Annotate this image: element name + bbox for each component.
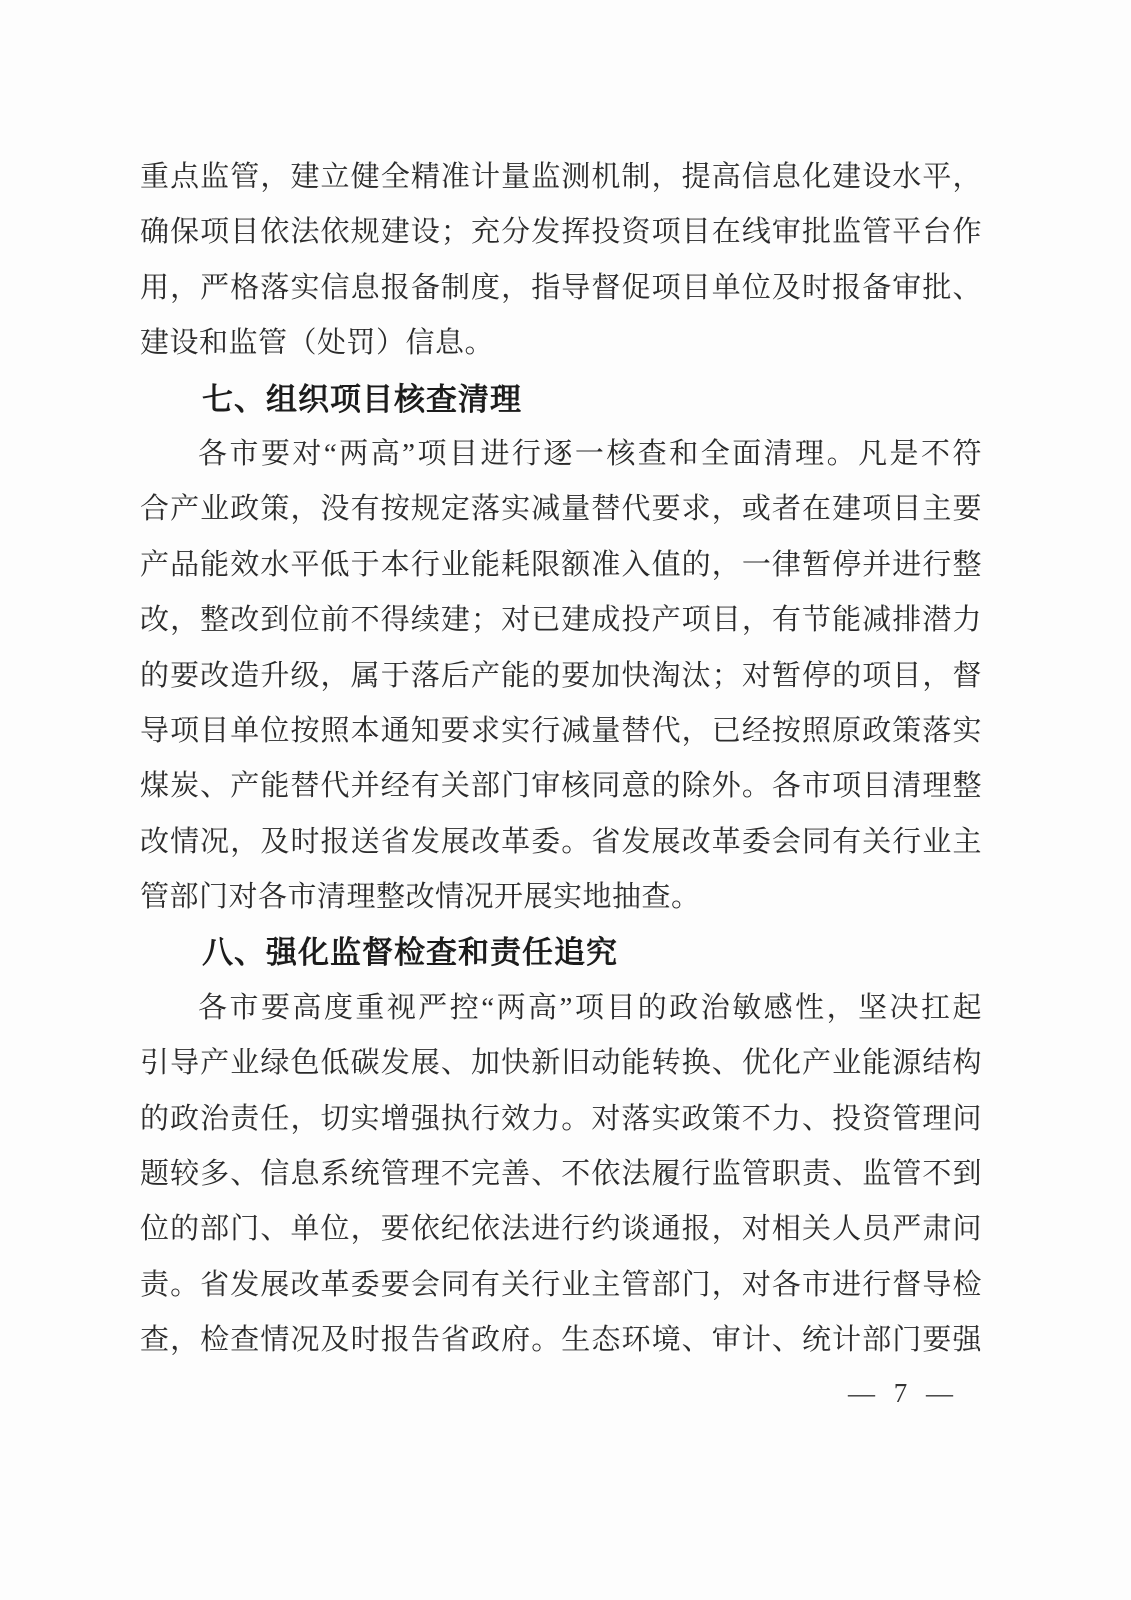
paragraph-line: 责。省发展改革委要会同有关行业主管部门，对各市进行督导检 — [140, 1258, 982, 1313]
paragraph-line: 产品能效水平低于本行业能耗限额准入值的，一律暂停并进行整 — [140, 538, 982, 593]
section-heading-7: 七、组织项目核查清理 — [140, 372, 982, 427]
paragraph-line: 的要改造升级，属于落后产能的要加快淘汰；对暂停的项目，督 — [140, 649, 982, 704]
paragraph-line: 导项目单位按照本通知要求实行减量替代，已经按照原政策落实 — [140, 704, 982, 759]
paragraph-line: 各市要对“两高”项目进行逐一核查和全面清理。凡是不符 — [140, 427, 982, 482]
paragraph-line: 引导产业绿色低碳发展、加快新旧动能转换、优化产业能源结构 — [140, 1036, 982, 1091]
paragraph-line: 的政治责任，切实增强执行效力。对落实政策不力、投资管理问 — [140, 1092, 982, 1147]
section-heading-8: 八、强化监督检查和责任追究 — [140, 925, 982, 980]
paragraph-line: 重点监管，建立健全精准计量监测机制，提高信息化建设水平， — [140, 150, 982, 205]
paragraph-line: 建设和监管（处罚）信息。 — [140, 316, 982, 371]
paragraph-line: 位的部门、单位，要依纪依法进行约谈通报，对相关人员严肃问 — [140, 1202, 982, 1257]
paragraph-line: 改，整改到位前不得续建；对已建成投产项目，有节能减排潜力 — [140, 593, 982, 648]
paragraph-line: 合产业政策，没有按规定落实减量替代要求，或者在建项目主要 — [140, 482, 982, 537]
document-page: 重点监管，建立健全精准计量监测机制，提高信息化建设水平， 确保项目依法依规建设；… — [0, 0, 1131, 1600]
page-number: — 7 — — [848, 1378, 959, 1409]
paragraph-line: 管部门对各市清理整改情况开展实地抽查。 — [140, 870, 982, 925]
paragraph-line: 查，检查情况及时报告省政府。生态环境、审计、统计部门要强 — [140, 1313, 982, 1368]
paragraph-line: 题较多、信息系统管理不完善、不依法履行监管职责、监管不到 — [140, 1147, 982, 1202]
paragraph-line: 各市要高度重视严控“两高”项目的政治敏感性，坚决扛起 — [140, 981, 982, 1036]
paragraph-line: 确保项目依法依规建设；充分发挥投资项目在线审批监管平台作 — [140, 205, 982, 260]
paragraph-line: 用，严格落实信息报备制度，指导督促项目单位及时报备审批、 — [140, 261, 982, 316]
paragraph-line: 改情况，及时报送省发展改革委。省发展改革委会同有关行业主 — [140, 815, 982, 870]
paragraph-line: 煤炭、产能替代并经有关部门审核同意的除外。各市项目清理整 — [140, 759, 982, 814]
document-content: 重点监管，建立健全精准计量监测机制，提高信息化建设水平， 确保项目依法依规建设；… — [140, 150, 982, 1369]
